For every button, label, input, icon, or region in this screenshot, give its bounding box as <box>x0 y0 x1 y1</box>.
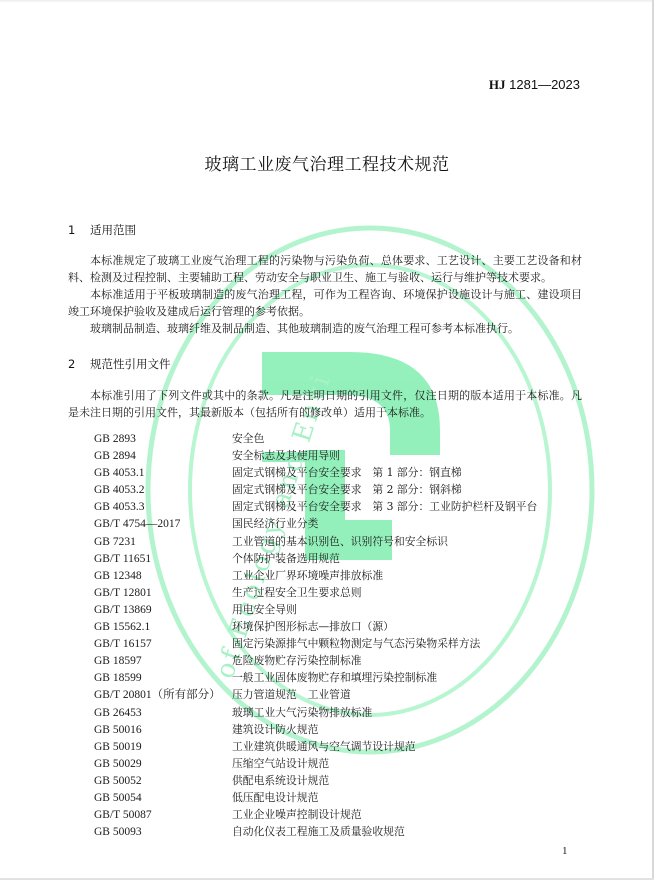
reference-code: GB/T 16157 <box>94 636 232 653</box>
section-number: 1 <box>68 223 90 237</box>
reference-row: GB 4053.3固定式钢梯及平台安全要求 第 3 部分：工业防护栏杆及钢平台 <box>94 498 594 515</box>
reference-row: GB 7231工业管道的基本识别色、识别符号和安全标识 <box>94 533 594 550</box>
reference-code: GB 50016 <box>94 722 232 739</box>
scope-paragraph-2: 本标准适用于平板玻璃制造的废气治理工程，可作为工程咨询、环境保护设施设计与施工、… <box>68 286 582 320</box>
reference-code: GB 50029 <box>94 756 232 773</box>
reference-title: 国民经济行业分类 <box>232 515 318 532</box>
reference-row: GB 50054低压配电设计规范 <box>94 789 594 806</box>
reference-title: 一般工业固体废物贮存和填埋污染控制标准 <box>232 669 437 686</box>
standard-prefix: HJ <box>489 77 506 92</box>
reference-row: GB/T 50087工业企业噪声控制设计规范 <box>94 806 594 823</box>
section-heading-references: 2规范性引用文件 <box>68 356 171 372</box>
reference-row: GB 50019工业建筑供暖通风与空气调节设计规范 <box>94 738 594 755</box>
reference-code: GB/T 4754—2017 <box>94 516 232 533</box>
reference-title: 用电安全导则 <box>232 601 297 618</box>
reference-code: GB/T 12801 <box>94 585 232 602</box>
scope-paragraph-1: 本标准规定了玻璃工业废气治理工程的污染物与污染负荷、总体要求、工艺设计、主要工艺… <box>68 252 582 286</box>
references-intro-paragraph: 本标准引用了下列文件或其中的条款。凡是注明日期的引用文件，仅注日期的版本适用于本… <box>68 387 582 421</box>
reference-code: GB 50052 <box>94 773 232 790</box>
reference-code: GB 4053.3 <box>94 499 232 516</box>
reference-row: GB 18599一般工业固体废物贮存和填埋污染控制标准 <box>94 669 594 686</box>
reference-title: 压缩空气站设计规范 <box>232 755 329 772</box>
document-title: 玻璃工业废气治理工程技术规范 <box>0 150 654 175</box>
reference-title: 固定式钢梯及平台安全要求 第 3 部分：工业防护栏杆及钢平台 <box>232 498 537 515</box>
reference-title: 工业建筑供暖通风与空气调节设计规范 <box>232 738 416 755</box>
reference-title: 固定式钢梯及平台安全要求 第 2 部分：钢斜梯 <box>232 481 462 498</box>
reference-row: GB/T 11651个体防护装备选用规范 <box>94 550 594 567</box>
reference-title: 自动化仪表工程施工及质量验收规范 <box>232 823 405 840</box>
reference-code: GB 50093 <box>94 824 232 841</box>
reference-row: GB 50016建筑设计防火规范 <box>94 721 594 738</box>
reference-row: GB 50029压缩空气站设计规范 <box>94 755 594 772</box>
reference-title: 固定污染源排气中颗粒物测定与气态污染物采样方法 <box>232 635 480 652</box>
reference-code: GB 50019 <box>94 739 232 756</box>
reference-row: GB 18597危险废物贮存污染控制标准 <box>94 652 594 669</box>
reference-row: GB 50093自动化仪表工程施工及质量验收规范 <box>94 823 594 840</box>
section-title: 适用范围 <box>90 223 136 237</box>
reference-title: 工业企业噪声控制设计规范 <box>232 806 362 823</box>
section-heading-scope: 1适用范围 <box>68 222 136 238</box>
reference-row: GB 26453玻璃工业大气污染物排放标准 <box>94 704 594 721</box>
reference-title: 危险废物贮存污染控制标准 <box>232 652 362 669</box>
reference-code: GB/T 50087 <box>94 807 232 824</box>
reference-row: GB 50052供配电系统设计规范 <box>94 772 594 789</box>
page-number: 1 <box>562 845 568 857</box>
reference-code: GB 26453 <box>94 705 232 722</box>
reference-code: GB 12348 <box>94 568 232 585</box>
standard-code: HJ 1281—2023 <box>489 77 580 93</box>
reference-row: GB/T 16157固定污染源排气中颗粒物测定与气态污染物采样方法 <box>94 635 594 652</box>
reference-code: GB 2893 <box>94 431 232 448</box>
reference-code: GB 2894 <box>94 448 232 465</box>
reference-title: 安全色 <box>232 430 264 447</box>
reference-title: 供配电系统设计规范 <box>232 772 329 789</box>
reference-code: GB 15562.1 <box>94 619 232 636</box>
scope-paragraph-3: 玻璃制品制造、玻璃纤维及制品制造、其他玻璃制造的废气治理工程可参考本标准执行。 <box>68 320 582 337</box>
reference-code: GB 4053.1 <box>94 465 232 482</box>
reference-row: GB/T 12801生产过程安全卫生要求总则 <box>94 584 594 601</box>
reference-row: GB/T 4754—2017国民经济行业分类 <box>94 515 594 532</box>
section-title: 规范性引用文件 <box>90 357 171 371</box>
reference-list: GB 2893安全色 GB 2894安全标志及其使用导则 GB 4053.1固定… <box>94 430 594 840</box>
reference-code: GB 4053.2 <box>94 482 232 499</box>
reference-code: GB 18597 <box>94 653 232 670</box>
reference-row: GB 4053.1固定式钢梯及平台安全要求 第 1 部分：钢直梯 <box>94 464 594 481</box>
reference-code: GB 18599 <box>94 670 232 687</box>
reference-row: GB/T 13869用电安全导则 <box>94 601 594 618</box>
reference-title: 生产过程安全卫生要求总则 <box>232 584 362 601</box>
standard-number: 1281—2023 <box>509 77 580 92</box>
reference-code: GB 7231 <box>94 534 232 551</box>
reference-title: 安全标志及其使用导则 <box>232 447 340 464</box>
reference-code: GB/T 20801（所有部分） <box>94 687 232 704</box>
reference-code: GB 50054 <box>94 790 232 807</box>
reference-title: 低压配电设计规范 <box>232 789 318 806</box>
reference-title: 环境保护图形标志—排放口（源） <box>232 618 394 635</box>
reference-title: 个体防护装备选用规范 <box>232 550 340 567</box>
reference-title: 玻璃工业大气污染物排放标准 <box>232 704 372 721</box>
section-number: 2 <box>68 357 90 371</box>
reference-code: GB/T 13869 <box>94 602 232 619</box>
reference-title: 固定式钢梯及平台安全要求 第 1 部分：钢直梯 <box>232 464 462 481</box>
reference-row: GB 2894安全标志及其使用导则 <box>94 447 594 464</box>
document-page: HJ 1281—2023 玻璃工业废气治理工程技术规范 1适用范围 本标准规定了… <box>0 0 654 880</box>
reference-code: GB/T 11651 <box>94 551 232 568</box>
reference-title: 工业企业厂界环境噪声排放标准 <box>232 567 383 584</box>
reference-title: 建筑设计防火规范 <box>232 721 318 738</box>
reference-row: GB 12348工业企业厂界环境噪声排放标准 <box>94 567 594 584</box>
reference-row: GB 15562.1环境保护图形标志—排放口（源） <box>94 618 594 635</box>
reference-title: 工业管道的基本识别色、识别符号和安全标识 <box>232 533 448 550</box>
reference-title: 压力管道规范 工业管道 <box>232 686 351 703</box>
reference-row: GB/T 20801（所有部分）压力管道规范 工业管道 <box>94 686 594 703</box>
reference-row: GB 2893安全色 <box>94 430 594 447</box>
reference-row: GB 4053.2固定式钢梯及平台安全要求 第 2 部分：钢斜梯 <box>94 481 594 498</box>
